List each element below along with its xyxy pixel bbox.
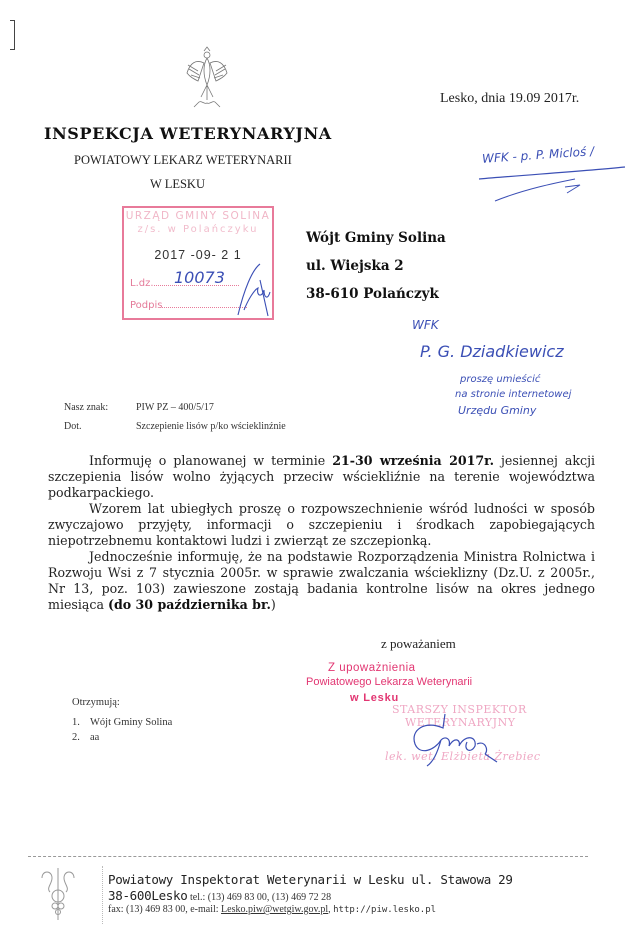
authorization-stamp-line1: Z upoważnienia <box>328 662 416 674</box>
footer-city-phone: 38-600Lesko tel.: (13) 469 83 00, (13) 4… <box>108 888 331 903</box>
stamp-ldz-number: 10073 <box>174 268 225 287</box>
body-paragraph-3: Jednocześnie informuję, że na podstawie … <box>48 549 595 613</box>
handwritten-note-website: na stronie internetowej <box>455 389 571 400</box>
footer-website-link[interactable]: http://piw.lesko.pl <box>333 905 436 915</box>
closing-phrase: z poważaniem <box>381 636 456 652</box>
inspector-signature <box>405 710 525 770</box>
handwritten-note-request: proszę umieścić <box>460 374 540 385</box>
handwritten-note-name: P. G. Dziadkiewicz <box>420 342 564 361</box>
organization-location: W LESKU <box>150 177 205 192</box>
margin-bracket-mark <box>10 20 15 50</box>
stamp-office-name: URZĄD GMINY SOLINA <box>124 210 272 222</box>
suspension-deadline: (do 30 października br. <box>108 597 271 612</box>
stamp-signature-label: Podpis <box>130 300 162 311</box>
recipient-name: Wójt Gminy Solina <box>306 230 446 246</box>
subject-value: Szczepienie lisów p/ko wścieklinźnie <box>136 421 286 432</box>
recipient-item: 2.aa <box>72 732 99 743</box>
handwritten-note-top: WFK - p. P. Micloś / <box>482 144 595 166</box>
footer-divider <box>28 856 588 857</box>
organization-title: INSPEKCJA WETERYNARYJNA <box>44 124 332 143</box>
recipient-city: 38-610 Polańczyk <box>306 286 439 302</box>
handwritten-note-wfk: WFK <box>412 318 439 332</box>
caduceus-logo-icon <box>38 866 78 922</box>
footer-vertical-separator <box>102 866 103 924</box>
body-paragraph-1: Informuję o planowanej w terminie 21-30 … <box>48 453 595 501</box>
recipient-street: ul. Wiejska 2 <box>306 258 404 274</box>
authorization-stamp-line2: Powiatowego Lekarza Weterynarii <box>306 676 472 688</box>
organization-subtitle: POWIATOWY LEKARZ WETERYNARII <box>74 153 292 168</box>
body-paragraph-2: Wzorem lat ubiegłych proszę o rozpowszec… <box>48 501 595 549</box>
handwritten-underline-scribble <box>475 165 635 205</box>
reference-value: PIW PZ – 400/5/17 <box>136 402 214 413</box>
handwritten-note-office: Urzędu Gminy <box>458 404 536 417</box>
footer-email-link[interactable]: Lesko.piw@wetgiw.gov.pl <box>221 904 328 915</box>
subject-label: Dot. <box>64 421 82 432</box>
campaign-dates: 21-30 września 2017r. <box>332 453 494 468</box>
stamp-office-seat: z/s. w Polańczyku <box>124 224 272 235</box>
footer-contact: fax: (13) 469 83 00, e-mail: Lesko.piw@w… <box>108 904 436 915</box>
recipients-heading: Otrzymują: <box>72 697 120 708</box>
letter-body: Informuję o planowanej w terminie 21-30 … <box>48 453 595 613</box>
eagle-emblem-icon <box>184 45 230 113</box>
footer-institution-address: Powiatowy Inspektorat Weterynarii w Lesk… <box>108 872 513 887</box>
stamp-ldz-label: L.dz. <box>130 278 154 289</box>
recipient-item: 1.Wójt Gminy Solina <box>72 717 172 728</box>
reference-label: Nasz znak: <box>64 402 108 413</box>
stamp-handwritten-signature <box>230 260 275 320</box>
letter-date: Lesko, dnia 19.09 2017r. <box>440 91 579 107</box>
